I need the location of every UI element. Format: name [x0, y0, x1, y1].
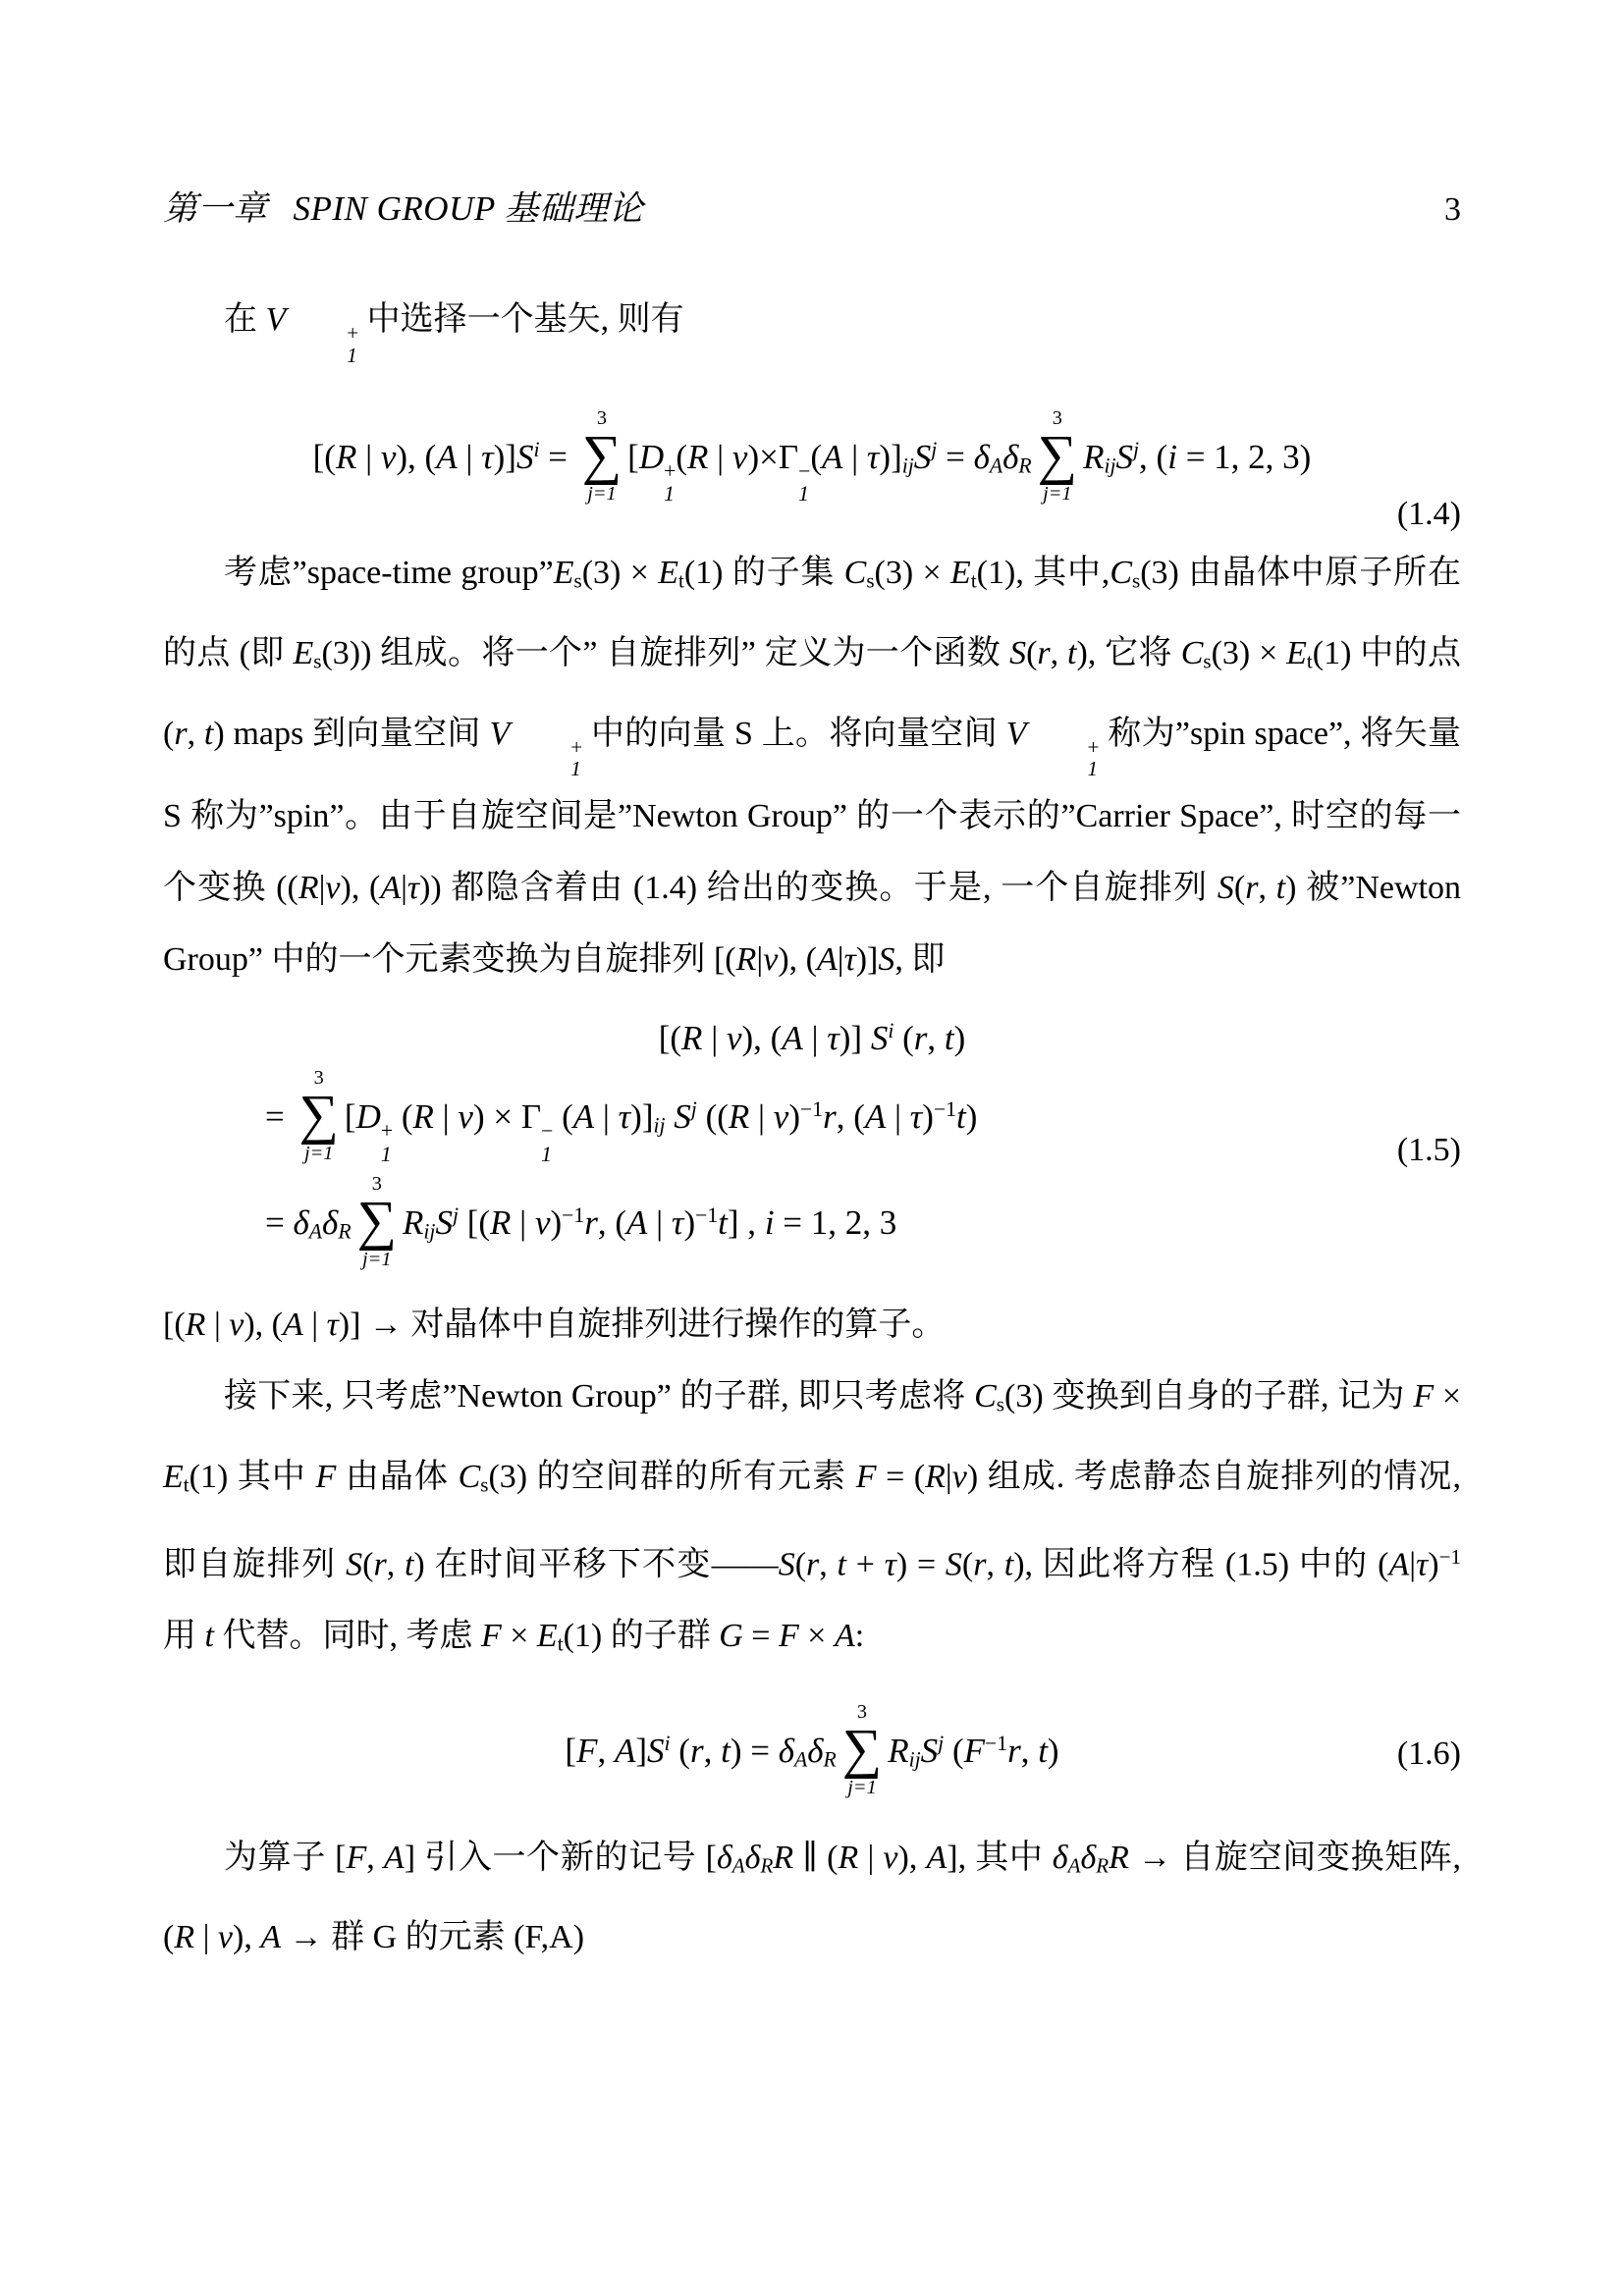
text-run: )]: [839, 1019, 871, 1057]
math-variable: A: [283, 1307, 303, 1343]
math-variable: r: [690, 1732, 704, 1770]
text-run: [(: [163, 1307, 186, 1343]
text-run: |: [594, 1097, 619, 1136]
text-run: ,: [819, 1546, 837, 1582]
chapter-heading: 第一章SPIN GROUP 基础理论: [163, 187, 643, 232]
math-variable: F: [856, 1459, 877, 1495]
sup-sub-stack: −1: [541, 1120, 553, 1166]
text-run: ,: [1258, 870, 1275, 906]
text-run: (1) 的子集: [684, 555, 844, 591]
math-variable: S: [914, 438, 932, 476]
math-variable: r: [584, 1203, 598, 1242]
text-run: (1), 其中,: [977, 555, 1110, 591]
text-run: → 群 G 的元素 (F,A): [281, 1919, 584, 1955]
math-variable: r: [373, 1546, 386, 1582]
equation-1-4: [(R | v), (A | τ)]Si = 3∑j=1[D+1(R | v)×…: [163, 412, 1461, 508]
math-variable: v: [774, 1097, 789, 1136]
math-variable: A: [384, 1840, 405, 1876]
math-variable: R: [736, 941, 757, 978]
text-run: ], 其中: [947, 1840, 1052, 1876]
math-variable: R: [687, 438, 708, 476]
math-variable: R: [925, 1459, 946, 1495]
text-run: ), (: [396, 438, 436, 476]
paragraph-intro: 在 V+1 中选择一个基矢, 则有: [163, 284, 1461, 367]
text-run: |: [842, 438, 867, 476]
text-run: ij: [909, 1748, 921, 1772]
text-run: ), 因此将方程 (1.5) 中的 (: [1013, 1546, 1388, 1582]
text-run: ij: [423, 1219, 435, 1243]
math-variable: A: [782, 1019, 802, 1057]
text-run: |: [946, 1459, 952, 1495]
math-variable: τ: [481, 438, 494, 476]
math-variable: R: [1083, 438, 1104, 476]
math-variable: r: [823, 1097, 837, 1136]
text-run: (3) 的空间群的所有元素: [488, 1459, 855, 1495]
text-run: [666, 1097, 675, 1136]
math-variable: E: [554, 555, 574, 591]
math-variable: r: [1245, 870, 1258, 906]
text-run: , 即: [894, 941, 945, 978]
text-run: ): [788, 1097, 800, 1136]
text-run: |: [803, 1019, 828, 1057]
text-run: 代替。同时, 考虑: [214, 1618, 481, 1654]
math-variable: δ: [745, 1840, 761, 1876]
math-variable: S: [946, 1546, 962, 1582]
text-run: = 1, 2, 3: [775, 1203, 897, 1242]
math-variable: R: [403, 1203, 423, 1242]
text-run: =: [743, 1618, 779, 1654]
text-run: |: [749, 1097, 774, 1136]
math-variable: r: [174, 716, 187, 752]
math-variable: v: [763, 941, 778, 978]
math-variable: S: [674, 1097, 691, 1136]
text-run: A: [309, 1219, 322, 1243]
math-variable: E: [950, 555, 971, 591]
text-run: = 1, 2, 3): [1177, 438, 1311, 476]
math-variable: C: [1110, 555, 1132, 591]
text-run: )]: [494, 438, 516, 476]
text-run: ,: [1051, 635, 1067, 671]
math-variable: R: [174, 1919, 194, 1955]
math-variable: δ: [807, 1732, 823, 1770]
text-run: R: [824, 1748, 837, 1772]
text-run: ((: [697, 1097, 729, 1136]
math-variable: R: [336, 438, 356, 476]
text-run: +: [846, 1546, 885, 1582]
text-run: −1: [695, 1203, 718, 1227]
text-run: (: [795, 1546, 806, 1582]
math-variable: τ: [327, 1307, 339, 1343]
math-variable: F: [481, 1618, 502, 1654]
math-variable: δ: [294, 1203, 309, 1242]
text-run: 考虑”space-time group”: [224, 555, 554, 591]
math-variable: A: [817, 941, 838, 978]
text-run: )]: [879, 438, 901, 476]
math-variable: V: [1006, 716, 1027, 752]
text-run: =: [265, 1097, 294, 1136]
math-variable: τ: [672, 1203, 684, 1242]
math-variable: t: [718, 1203, 728, 1242]
text-run: s: [1203, 650, 1211, 673]
text-run: (: [962, 1546, 973, 1582]
math-variable: D: [356, 1097, 381, 1136]
math-variable: τ: [885, 1546, 896, 1582]
text-run: =: [540, 438, 576, 476]
math-variable: S: [871, 1019, 889, 1057]
text-run: ×: [1434, 1378, 1461, 1415]
document-page: 第一章SPIN GROUP 基础理论 3 在 V+1 中选择一个基矢, 则有 […: [0, 0, 1624, 2296]
math-variable: τ: [407, 870, 419, 906]
math-variable: δ: [779, 1732, 794, 1770]
paragraph-newton-subgroup: 接下来, 只考虑”Newton Group” 的子群, 即只考虑将 Cs(3) …: [163, 1361, 1461, 1680]
text-run: ]: [635, 1732, 647, 1770]
text-run: |: [458, 438, 482, 476]
text-run: ),: [898, 1840, 927, 1876]
sup-sub-stack: +1: [1027, 736, 1100, 781]
math-variable: F: [576, 1732, 597, 1770]
text-run: ,: [387, 1546, 405, 1582]
math-variable: r: [1007, 1732, 1021, 1770]
text-run: |: [858, 1840, 883, 1876]
text-run: |: [205, 1307, 229, 1343]
summation-sigma: 3∑j=1: [299, 1068, 339, 1164]
math-variable: C: [844, 555, 867, 591]
text-run: (: [676, 438, 687, 476]
math-variable: δ: [1002, 438, 1018, 476]
math-variable: v: [535, 1203, 551, 1242]
sup-sub-stack: +1: [381, 1120, 393, 1166]
text-run: [(: [459, 1203, 490, 1242]
math-variable: A: [573, 1097, 594, 1136]
text-run: , (: [598, 1203, 626, 1242]
math-variable: C: [974, 1378, 997, 1415]
summation-sigma: 3∑j=1: [1038, 408, 1077, 505]
math-variable: v: [325, 870, 340, 906]
math-variable: F: [316, 1459, 337, 1495]
text-run: (3) ×: [875, 555, 950, 591]
math-variable: V: [266, 301, 287, 338]
text-run: (: [893, 1019, 913, 1057]
math-variable: R: [888, 1732, 908, 1770]
math-variable: S: [1218, 870, 1234, 906]
text-run: −1: [985, 1732, 1007, 1755]
math-variable: E: [293, 635, 313, 671]
math-variable: δ: [974, 438, 990, 476]
math-variable: r: [806, 1546, 819, 1582]
math-variable: A: [380, 870, 401, 906]
text-run: ij: [653, 1114, 665, 1138]
math-variable: D: [639, 438, 664, 476]
math-variable: A: [822, 438, 842, 476]
text-run: ),: [233, 1919, 260, 1955]
math-variable: v: [732, 438, 748, 476]
paragraph-new-notation: 为算子 [F, A] 引入一个新的记号 [δAδRR ∥ (R | v), A]…: [163, 1822, 1461, 1974]
math-variable: t: [721, 1732, 731, 1770]
text-run: |: [702, 1019, 727, 1057]
math-variable: τ: [1416, 1546, 1428, 1582]
equation-1-5-line3: = δAδR3∑j=1RijSj [(R | v)−1r, (A | τ)−1t…: [265, 1178, 1461, 1274]
text-run: (: [944, 1732, 963, 1770]
text-run: s: [997, 1393, 1004, 1416]
text-run: [(: [659, 1019, 681, 1057]
math-variable: S: [346, 1546, 362, 1582]
text-run: ,: [188, 716, 204, 752]
math-variable: τ: [827, 1019, 839, 1057]
text-run: 在: [224, 301, 266, 338]
math-variable: A: [1389, 1546, 1410, 1582]
text-run: (1) 的子群: [564, 1618, 720, 1654]
text-run: ) =: [896, 1546, 946, 1582]
text-run: (: [810, 438, 822, 476]
text-run: ij: [902, 454, 914, 477]
text-run: [(: [313, 438, 336, 476]
math-variable: S: [435, 1203, 453, 1242]
math-variable: i: [1167, 438, 1177, 476]
text-run: 为算子 [: [224, 1840, 346, 1876]
text-run: R: [1018, 454, 1031, 477]
summation-sigma: 3∑j=1: [582, 408, 622, 505]
math-variable: R: [186, 1307, 206, 1343]
summation-sigma: 3∑j=1: [842, 1702, 882, 1798]
math-variable: t: [1038, 1732, 1048, 1770]
math-variable: t: [204, 716, 213, 752]
text-run: |: [434, 1097, 459, 1136]
text-run: −1: [800, 1097, 823, 1121]
text-run: (: [1026, 635, 1037, 671]
math-variable: v: [218, 1919, 233, 1955]
math-variable: A: [626, 1203, 647, 1242]
text-run: (1) 其中: [189, 1459, 316, 1495]
text-run: ) =: [731, 1732, 779, 1770]
sup-sub-stack: +1: [664, 460, 676, 507]
math-variable: R: [298, 870, 319, 906]
math-variable: δ: [322, 1203, 338, 1242]
text-run: ): [922, 1097, 934, 1136]
math-variable: t: [838, 1546, 846, 1582]
math-variable: E: [658, 555, 678, 591]
math-variable: δ: [717, 1840, 732, 1876]
text-run: :: [855, 1618, 864, 1654]
math-variable: S: [516, 438, 534, 476]
math-variable: F: [964, 1732, 985, 1770]
text-run: ,: [1021, 1732, 1039, 1770]
text-run: ) 在时间平移下不变——: [413, 1546, 778, 1582]
math-variable: r: [973, 1546, 986, 1582]
text-run: A: [990, 454, 1002, 477]
math-variable: E: [537, 1618, 558, 1654]
text-run: ,: [366, 1840, 384, 1876]
text-run: ,: [704, 1732, 722, 1770]
text-run: |: [194, 1919, 218, 1955]
text-run: (: [362, 1546, 373, 1582]
text-run: ×: [799, 1618, 835, 1654]
math-variable: r: [914, 1019, 928, 1057]
text-run: ∥ (: [793, 1840, 838, 1876]
math-variable: r: [1037, 635, 1050, 671]
math-variable: V: [489, 716, 510, 752]
math-variable: A: [615, 1732, 635, 1770]
page-number: 3: [1444, 187, 1461, 233]
math-variable: E: [1286, 635, 1307, 671]
text-run: ) maps 到向量空间: [213, 716, 489, 752]
math-variable: S: [878, 941, 894, 978]
math-variable: G: [719, 1618, 743, 1654]
text-run: ij: [1104, 454, 1115, 477]
math-variable: R: [729, 1097, 749, 1136]
text-run: A: [732, 1853, 745, 1877]
text-run: s: [866, 569, 874, 593]
math-variable: v: [727, 1019, 742, 1057]
math-variable: R: [773, 1840, 793, 1876]
equation-1-5-label: (1.5): [1397, 1130, 1461, 1172]
text-run: ] 引入一个新的记号 [: [405, 1840, 717, 1876]
math-variable: S: [779, 1546, 795, 1582]
sup-sub-stack: +1: [510, 736, 582, 781]
math-variable: τ: [619, 1097, 631, 1136]
text-run: ): [966, 1097, 978, 1136]
text-run: ), (: [742, 1019, 783, 1057]
text-run: s: [1132, 569, 1140, 593]
math-variable: F: [346, 1840, 366, 1876]
math-variable: S: [647, 1732, 665, 1770]
math-variable: A: [927, 1840, 947, 1876]
math-variable: δ: [1080, 1840, 1096, 1876]
text-run: 由晶体: [336, 1459, 458, 1495]
math-variable: t: [1276, 870, 1285, 906]
text-run: (: [671, 1732, 690, 1770]
text-run: ,: [597, 1732, 615, 1770]
text-run: )×Γ: [747, 438, 798, 476]
text-run: ): [1428, 1546, 1438, 1582]
text-run: (: [393, 1097, 412, 1136]
chapter-title: SPIN GROUP 基础理论: [294, 189, 644, 228]
math-variable: C: [1181, 635, 1204, 671]
math-variable: R: [839, 1840, 859, 1876]
math-variable: τ: [844, 941, 856, 978]
text-run: ×: [502, 1618, 537, 1654]
math-variable: v: [381, 438, 397, 476]
text-run: ] ,: [728, 1203, 765, 1242]
text-run: R: [760, 1853, 773, 1877]
text-run: |: [356, 438, 381, 476]
text-run: )] → 对晶体中自旋排列进行操作的算子。: [339, 1307, 946, 1343]
text-run: |: [303, 1307, 327, 1343]
math-variable: τ: [910, 1097, 923, 1136]
text-run: ): [1048, 1732, 1059, 1770]
text-run: 中的向量 S 上。将向量空间: [582, 716, 1006, 752]
math-variable: S: [1116, 438, 1134, 476]
math-variable: δ: [1053, 1840, 1068, 1876]
text-run: [: [565, 1732, 576, 1770]
text-run: [: [345, 1097, 356, 1136]
summation-sigma: 3∑j=1: [357, 1174, 397, 1270]
text-run: ), (: [341, 870, 381, 906]
math-variable: E: [163, 1459, 184, 1495]
equation-1-5-line2: = 3∑j=1[D+1 (R | v) × Γ−1 (A | τ)]ij Sj …: [265, 1072, 1461, 1168]
math-variable: t: [956, 1097, 966, 1136]
math-variable: C: [459, 1459, 481, 1495]
text-run: |: [401, 870, 407, 906]
text-run: )) 都隐含着由 (1.4) 给出的变换。于是, 一个自旋排列: [419, 870, 1218, 906]
text-run: |: [886, 1097, 910, 1136]
paragraph-spacetime-group: 考虑”space-time group”Es(3) × Et(1) 的子集 Cs…: [163, 537, 1461, 995]
text-run: (3) ×: [1212, 635, 1287, 671]
text-run: )]: [630, 1097, 653, 1136]
math-variable: R: [681, 1019, 702, 1057]
math-variable: A: [260, 1919, 281, 1955]
running-head: 第一章SPIN GROUP 基础理论 3: [163, 187, 1461, 233]
sup-sub-stack: +1: [286, 322, 358, 367]
math-variable: t: [945, 1019, 954, 1057]
text-run: s: [574, 569, 582, 593]
math-variable: A: [436, 438, 457, 476]
text-run: 中选择一个基矢, 则有: [358, 301, 684, 338]
text-run: ), (: [244, 1307, 283, 1343]
math-variable: S: [921, 1732, 939, 1770]
text-run: 接下来, 只考虑”Newton Group” 的子群, 即只考虑将: [224, 1378, 974, 1415]
math-variable: R: [413, 1097, 434, 1136]
equation-1-6-label: (1.6): [1397, 1734, 1461, 1776]
math-variable: A: [835, 1618, 855, 1654]
text-run: |: [708, 438, 732, 476]
text-run: ): [954, 1019, 966, 1057]
math-variable: F: [1413, 1378, 1434, 1415]
math-variable: R: [490, 1203, 511, 1242]
text-run: , (: [1139, 438, 1167, 476]
equation-1-5-line1: [(R | v), (A | τ)] Si (r, t): [163, 1017, 1461, 1060]
text-run: ) × Γ: [473, 1097, 541, 1136]
text-run: ), (: [778, 941, 817, 978]
text-run: A: [1068, 1853, 1081, 1877]
text-run: = (: [877, 1459, 926, 1495]
text-run: [: [627, 438, 639, 476]
text-run: (: [553, 1097, 572, 1136]
text-run: |: [838, 941, 844, 978]
text-run: |: [511, 1203, 535, 1242]
math-variable: F: [779, 1618, 799, 1654]
math-variable: v: [458, 1097, 473, 1136]
paragraph-operator-note: [(R | v), (A | τ)] → 对晶体中自旋排列进行操作的算子。: [163, 1289, 1461, 1361]
math-variable: t: [405, 1546, 413, 1582]
text-run: −1: [562, 1203, 584, 1227]
text-run: |: [647, 1203, 672, 1242]
math-variable: t: [1004, 1546, 1013, 1582]
text-run: A: [794, 1748, 807, 1772]
math-variable: τ: [867, 438, 880, 476]
text-run: (3)) 组成。将一个” 自旋排列” 定义为一个函数: [321, 635, 1009, 671]
text-run: ): [550, 1203, 562, 1242]
text-run: −1: [934, 1097, 956, 1121]
text-run: −1: [1439, 1545, 1461, 1569]
text-run: ), 它将: [1076, 635, 1180, 671]
text-run: ): [683, 1203, 695, 1242]
math-variable: v: [229, 1307, 244, 1343]
text-run: ,: [927, 1019, 945, 1057]
math-variable: i: [765, 1203, 775, 1242]
math-variable: v: [883, 1840, 897, 1876]
sup-sub-stack: −1: [798, 460, 810, 507]
equation-1-6: (1.6) [F, A]Si (r, t) = δAδR3∑j=1RijSj (…: [163, 1706, 1461, 1802]
text-run: (3) 变换到自身的子群, 记为: [1004, 1378, 1413, 1415]
chapter-number: 第一章: [163, 189, 268, 228]
math-variable: v: [952, 1459, 967, 1495]
text-run: =: [265, 1203, 294, 1242]
text-run: 用: [163, 1618, 205, 1654]
math-variable: R: [1109, 1840, 1129, 1876]
text-run: R: [1096, 1853, 1109, 1877]
text-run: , (: [837, 1097, 865, 1136]
math-variable: A: [865, 1097, 886, 1136]
